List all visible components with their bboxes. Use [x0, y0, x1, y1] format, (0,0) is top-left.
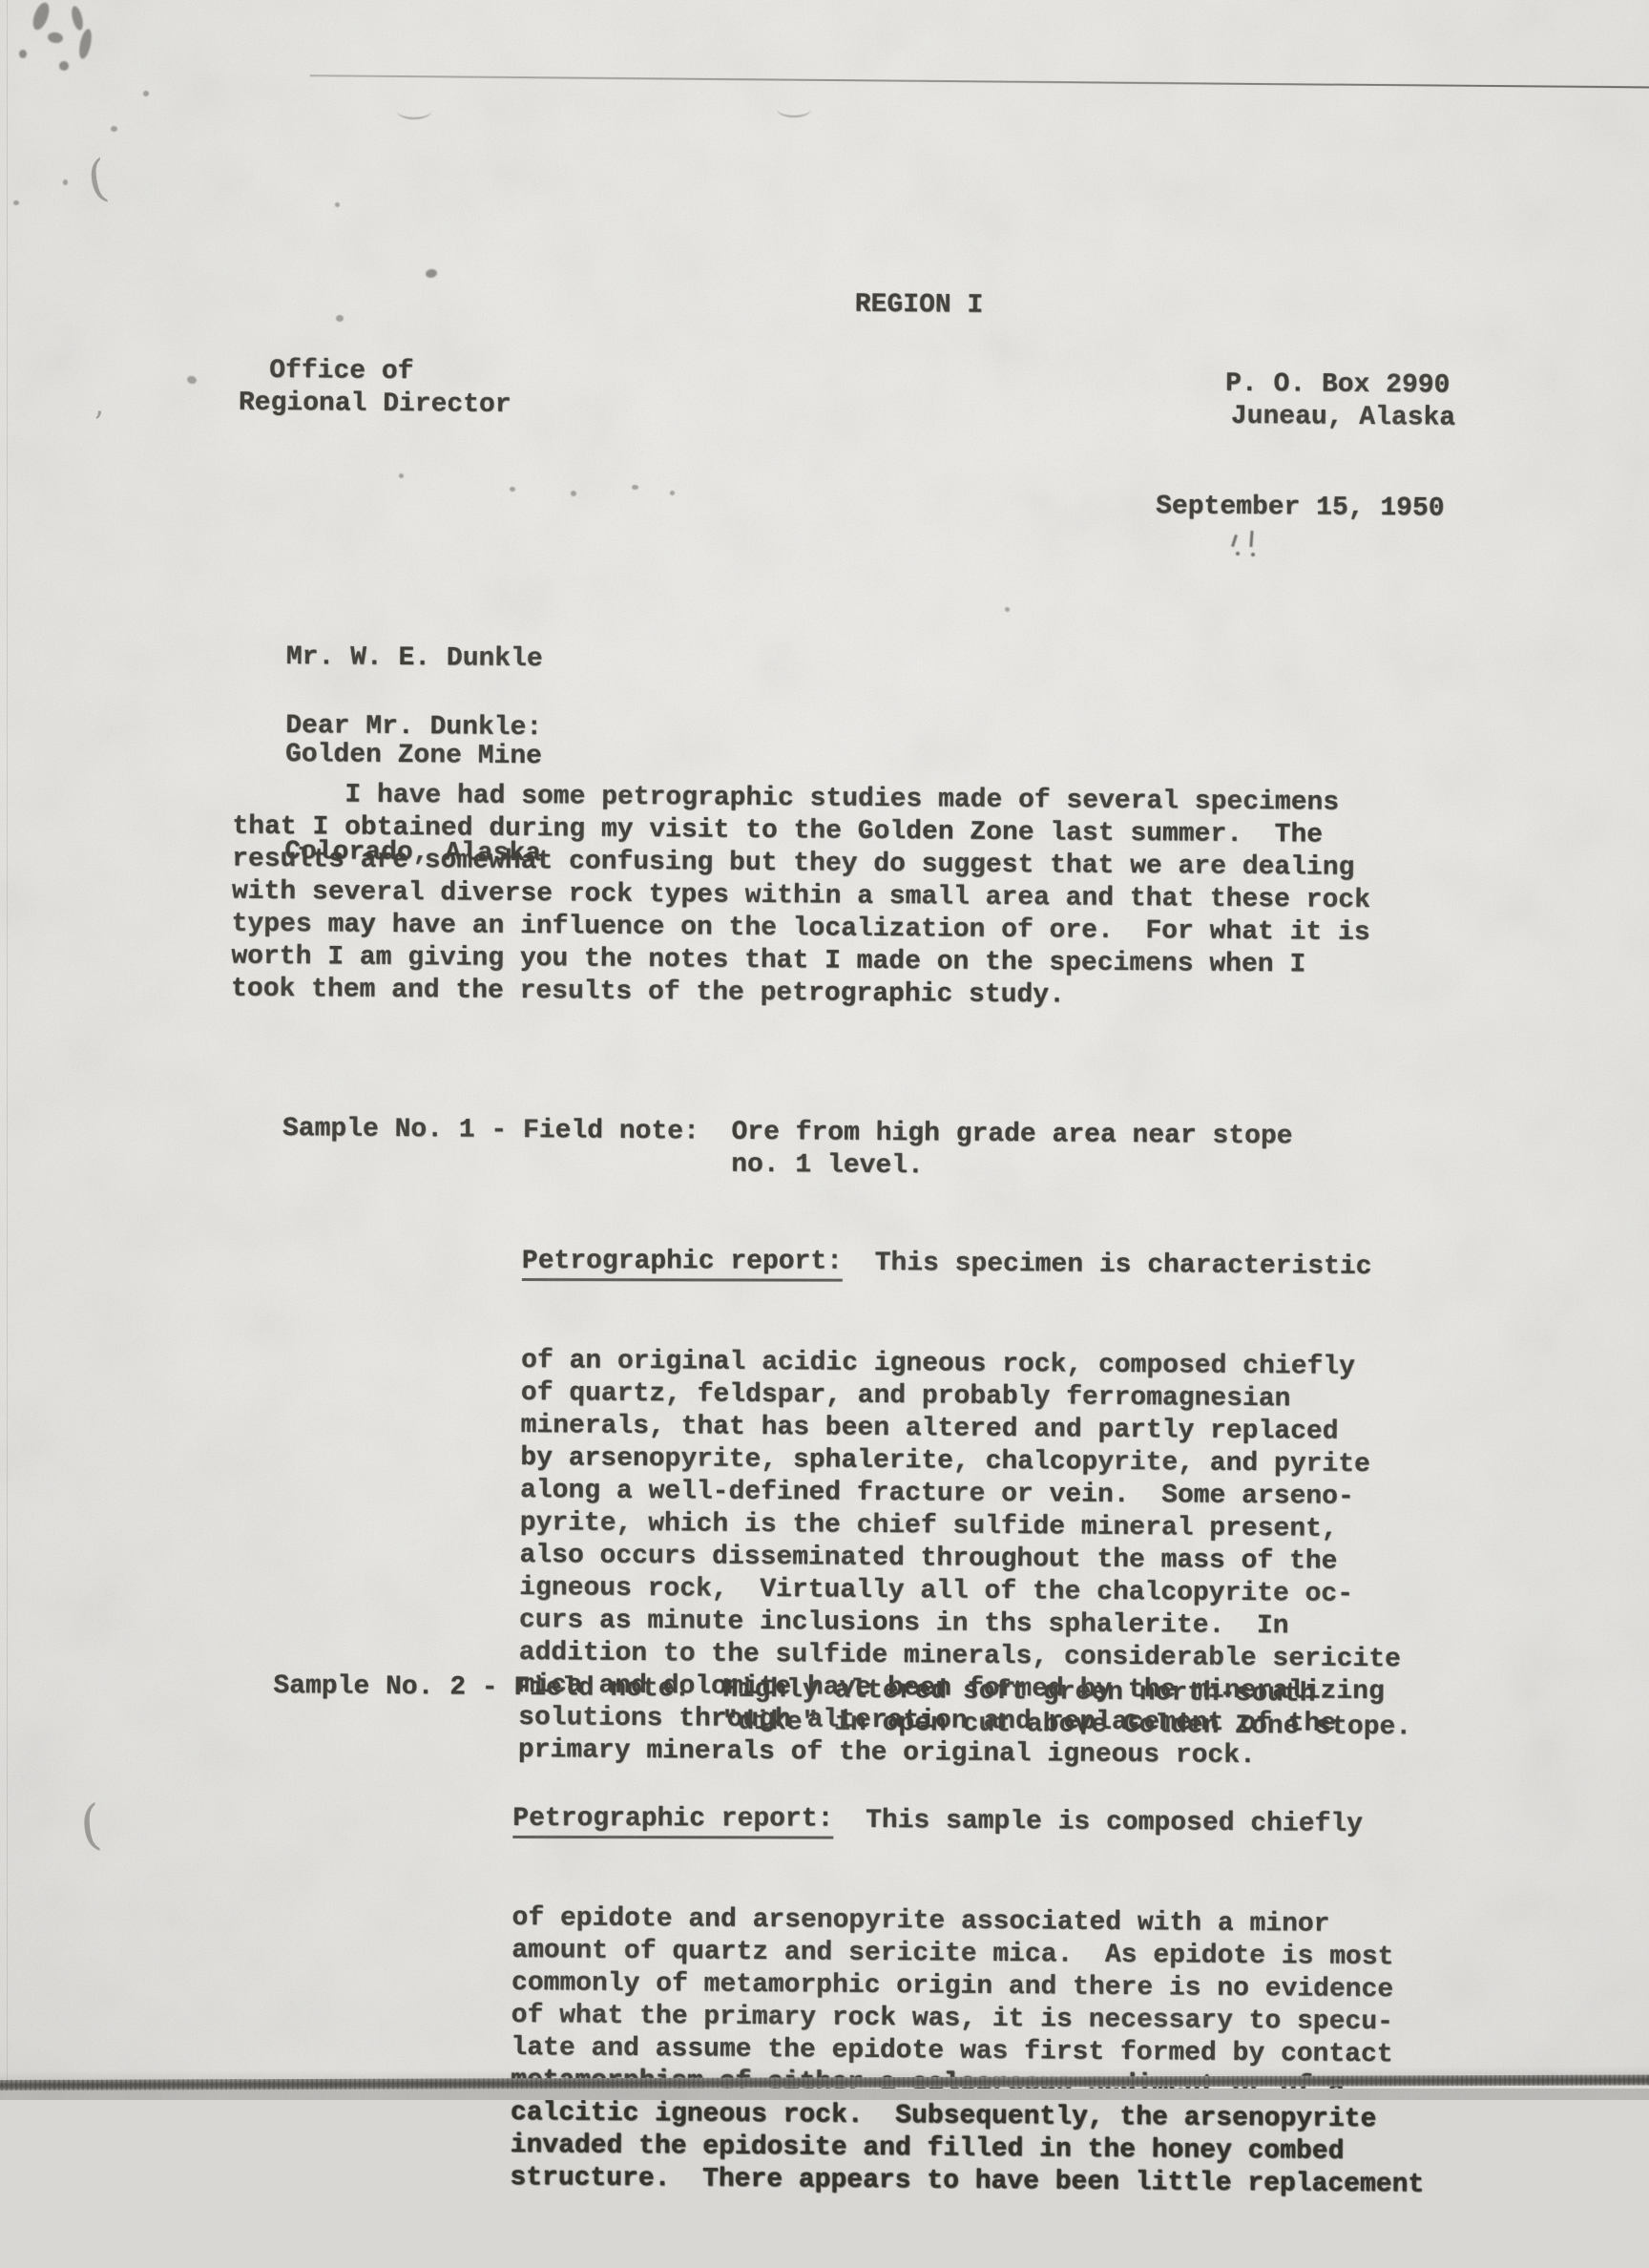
sample-2-report-heading: Petrographic report: This sample is comp…: [272, 1800, 1427, 1845]
sample-2-block: Sample No. 2 - Field note: Highly altere…: [269, 1606, 1429, 2100]
sample-2-report-body: of epidote and arsenopyrite associated w…: [269, 1900, 1426, 2100]
salutation: Dear Mr. Dunkle:: [285, 710, 542, 745]
intro-paragraph: I have had some petrographic studies mad…: [231, 779, 1371, 1015]
petrographic-report-label: Petrographic report:: [522, 1246, 843, 1282]
date-line: September 15, 1950: [1156, 491, 1445, 525]
region-header: REGION I: [855, 289, 984, 323]
letter-content: REGION I Office of Regional Director P. …: [0, 0, 1649, 2100]
sender-director-line: Regional Director: [239, 388, 511, 422]
sample-2-field-note: Sample No. 2 - Field note: Highly altere…: [273, 1670, 1428, 1744]
return-address-box-line: P. O. Box 2990: [1225, 368, 1451, 403]
sample-1-field-note: Sample No. 1 - Field note: Ore from high…: [282, 1113, 1406, 1186]
sender-office-line: Office of: [269, 355, 413, 388]
return-address-city-line: Juneau, Alaska: [1231, 401, 1456, 435]
petrographic-report-label: Petrographic report:: [512, 1803, 833, 1839]
scan-bottom-strip: [0, 2089, 1649, 2100]
letter-page: ( ’ ( REGION I Office of Regional Direct…: [0, 0, 1649, 2100]
recipient-name: Mr. W. E. Dunkle: [286, 641, 543, 676]
sample-1-report-heading: Petrographic report: This specimen is ch…: [282, 1243, 1404, 1287]
scan-top-edge-line: [310, 74, 1649, 88]
